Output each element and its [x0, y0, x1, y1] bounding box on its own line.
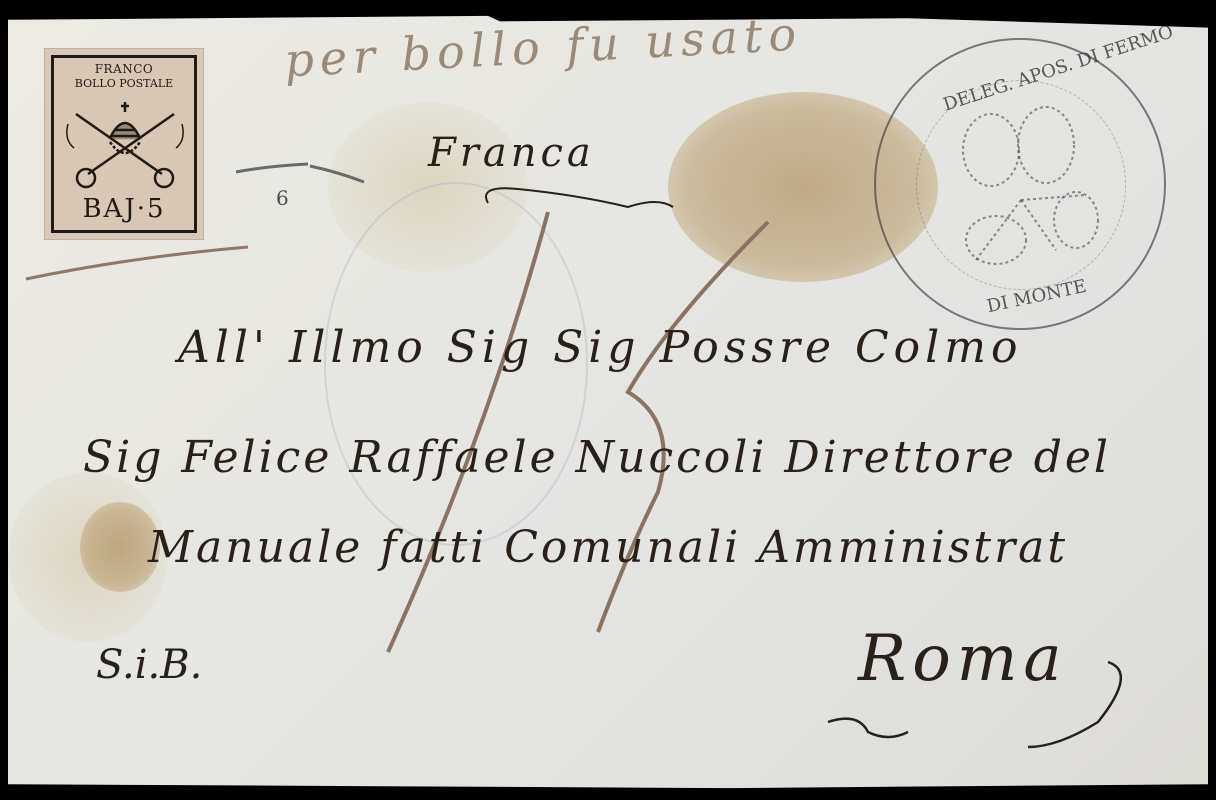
stamp-line2: BOLLO POSTALE [54, 77, 194, 90]
stamp-line1: FRANCO [54, 62, 194, 76]
city-flourish [808, 652, 1148, 752]
tiara-keys-icon [62, 94, 188, 194]
stamp-value: BAJ·5 [54, 194, 194, 224]
postage-stamp: FRANCO BOLLO POSTALE [45, 49, 203, 239]
top-note: per bollo fu usato [283, 6, 803, 87]
pencil-number: 6 [276, 186, 289, 210]
fleur-crest-icon [936, 100, 1106, 280]
franca-mark: Franca [428, 130, 595, 176]
sepia-underline [22, 237, 252, 287]
signature: S.i.B. [96, 642, 202, 688]
pencil-strike-mark [228, 152, 368, 212]
address-line-2: Sig Felice Raffaele Nuccoli Direttore de… [83, 432, 1111, 483]
stamp-frame: FRANCO BOLLO POSTALE [51, 55, 197, 233]
address-line-1: All' Illmo Sig Sig Possre Colmo [178, 322, 1022, 373]
circular-postmark: DELEG. APOS. DI FERMO DI MONTE [874, 38, 1166, 330]
letter-cover: FRANCO BOLLO POSTALE [8, 12, 1208, 792]
address-line-3: Manuale fatti Comunali Amministrat [148, 522, 1068, 573]
